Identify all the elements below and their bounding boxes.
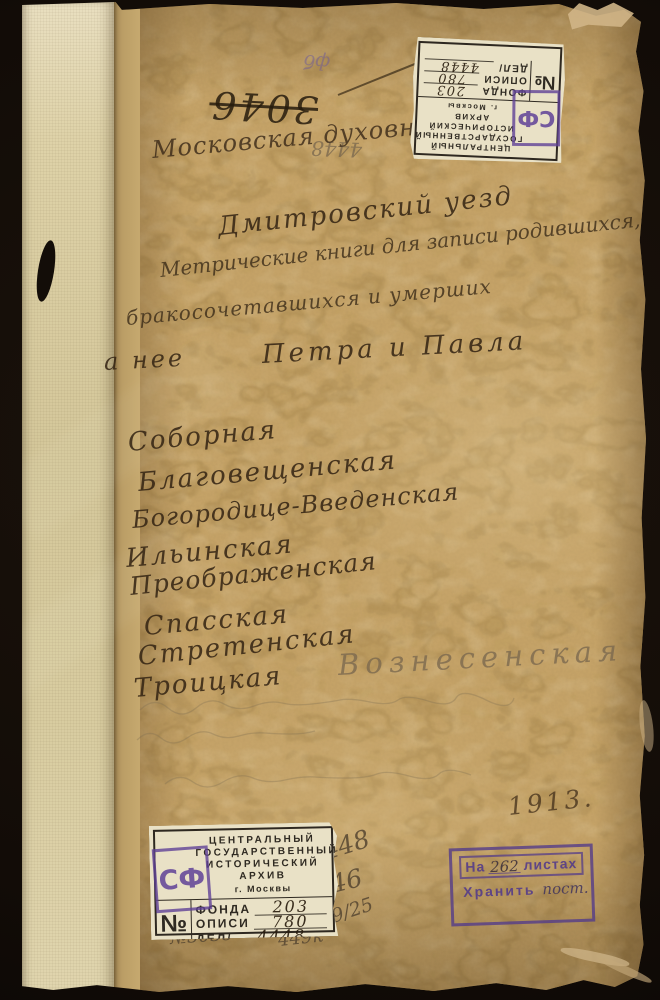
book-spine bbox=[22, 2, 114, 994]
opis-label: ОПИСИ bbox=[196, 916, 250, 931]
delo-label: ДЕЛ/ bbox=[498, 61, 528, 73]
cover-hinge bbox=[114, 2, 140, 994]
pages-count-line: На 262 листах bbox=[459, 852, 584, 879]
pages-count-stamp: На 262 листах Хранить пост. bbox=[449, 844, 596, 927]
archive-label-top: ЦЕНТРАЛЬНЫЙ ГОСУДАРСТВЕННЫЙ ИСТОРИЧЕСКИЙ… bbox=[409, 37, 566, 166]
archive-city: г. Москвы bbox=[196, 881, 330, 896]
sf-stamp: СФ bbox=[152, 845, 213, 913]
sf-stamp: СФ bbox=[512, 90, 560, 146]
sf-stamp-text: СФ bbox=[517, 105, 555, 130]
opis-label: ОПИСИ bbox=[483, 73, 528, 86]
sf-stamp-text: СФ bbox=[158, 862, 207, 896]
stamp-word-na: На bbox=[465, 858, 485, 875]
archive-name-line: ИСТОРИЧЕСКИЙ АРХИВ bbox=[196, 857, 330, 884]
delo-row: ДЕЛ/ 4448 bbox=[424, 58, 527, 75]
archive-label-bottom: ЦЕНТРАЛЬНЫЙ ГОСУДАРСТВЕННЫЙ ИСТОРИЧЕСКИЙ… bbox=[149, 822, 339, 940]
pages-count-value: 262 bbox=[488, 860, 521, 874]
stamp-word-listah: листах bbox=[523, 855, 577, 873]
stamp-word-keep: Хранить bbox=[463, 882, 536, 901]
keep-permanently-line: Хранить пост. bbox=[453, 878, 592, 903]
stamp-word-post: пост. bbox=[542, 879, 589, 899]
